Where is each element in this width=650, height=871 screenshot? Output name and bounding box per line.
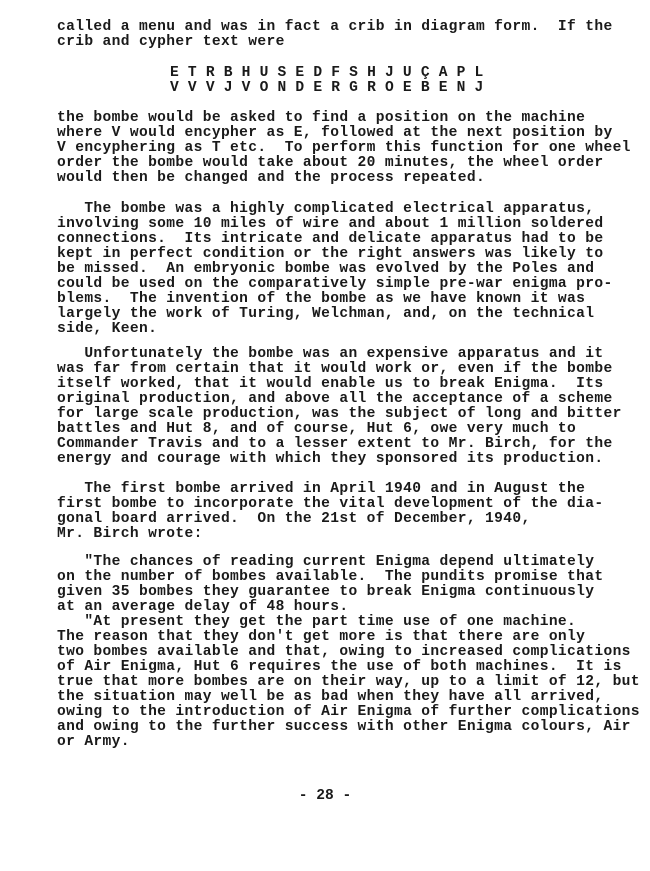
- quote-line: at an average delay of 48 hours.: [57, 600, 348, 615]
- text-line: connections. Its intricate and delicate …: [57, 232, 603, 247]
- quote-line: or Army.: [57, 735, 130, 750]
- text-line: for large scale production, was the subj…: [57, 407, 622, 422]
- text-line: crib and cypher text were: [57, 35, 285, 50]
- page-number: - 28 -: [0, 789, 650, 804]
- text-line: where V would encypher as E, followed at…: [57, 126, 613, 141]
- text-line: original production, and above all the a…: [57, 392, 613, 407]
- text-line: first bombe to incorporate the vital dev…: [57, 497, 603, 512]
- crib-plaintext-line: E T R B H U S E D F S H J U Ç A P L: [170, 66, 484, 81]
- quote-line: "The chances of reading current Enigma d…: [57, 555, 594, 570]
- text-line: The bombe was a highly complicated elect…: [57, 202, 594, 217]
- text-line: largely the work of Turing, Welchman, an…: [57, 307, 594, 322]
- quote-line: of Air Enigma, Hut 6 requires the use of…: [57, 660, 622, 675]
- text-line: energy and courage with which they spons…: [57, 452, 603, 467]
- text-line: the bombe would be asked to find a posit…: [57, 111, 585, 126]
- text-line: side, Keen.: [57, 322, 157, 337]
- crib-cyphertext-line: V V V J V O N D E R G R O E B E N J: [170, 81, 484, 96]
- text-line: Unfortunately the bombe was an expensive…: [57, 347, 603, 362]
- text-line: gonal board arrived. On the 21st of Dece…: [57, 512, 531, 527]
- quote-line: given 35 bombes they guarantee to break …: [57, 585, 594, 600]
- text-line: itself worked, that it would enable us t…: [57, 377, 603, 392]
- quote-line: true that more bombes are on their way, …: [57, 675, 640, 690]
- text-line: The first bombe arrived in April 1940 an…: [57, 482, 585, 497]
- quote-line: "At present they get the part time use o…: [57, 615, 576, 630]
- text-line: could be used on the comparatively simpl…: [57, 277, 613, 292]
- quote-line: owing to the introduction of Air Enigma …: [57, 705, 640, 720]
- text-line: would then be changed and the process re…: [57, 171, 485, 186]
- text-line: battles and Hut 8, and of course, Hut 6,…: [57, 422, 576, 437]
- quote-line: two bombes available and that, owing to …: [57, 645, 631, 660]
- quote-line: and owing to the further success with ot…: [57, 720, 631, 735]
- text-line: blems. The invention of the bombe as we …: [57, 292, 585, 307]
- quote-line: the situation may well be as bad when th…: [57, 690, 603, 705]
- text-line: called a menu and was in fact a crib in …: [57, 20, 613, 35]
- text-line: order the bombe would take about 20 minu…: [57, 156, 603, 171]
- quote-line: on the number of bombes available. The p…: [57, 570, 603, 585]
- quote-line: The reason that they don't get more is t…: [57, 630, 585, 645]
- text-line: was far from certain that it would work …: [57, 362, 613, 377]
- text-line: kept in perfect condition or the right a…: [57, 247, 603, 262]
- text-line: Mr. Birch wrote:: [57, 527, 203, 542]
- text-line: be missed. An embryonic bombe was evolve…: [57, 262, 594, 277]
- text-line: V encyphering as T etc. To perform this …: [57, 141, 631, 156]
- text-line: involving some 10 miles of wire and abou…: [57, 217, 603, 232]
- document-page: called a menu and was in fact a crib in …: [0, 0, 650, 871]
- text-line: Commander Travis and to a lesser extent …: [57, 437, 613, 452]
